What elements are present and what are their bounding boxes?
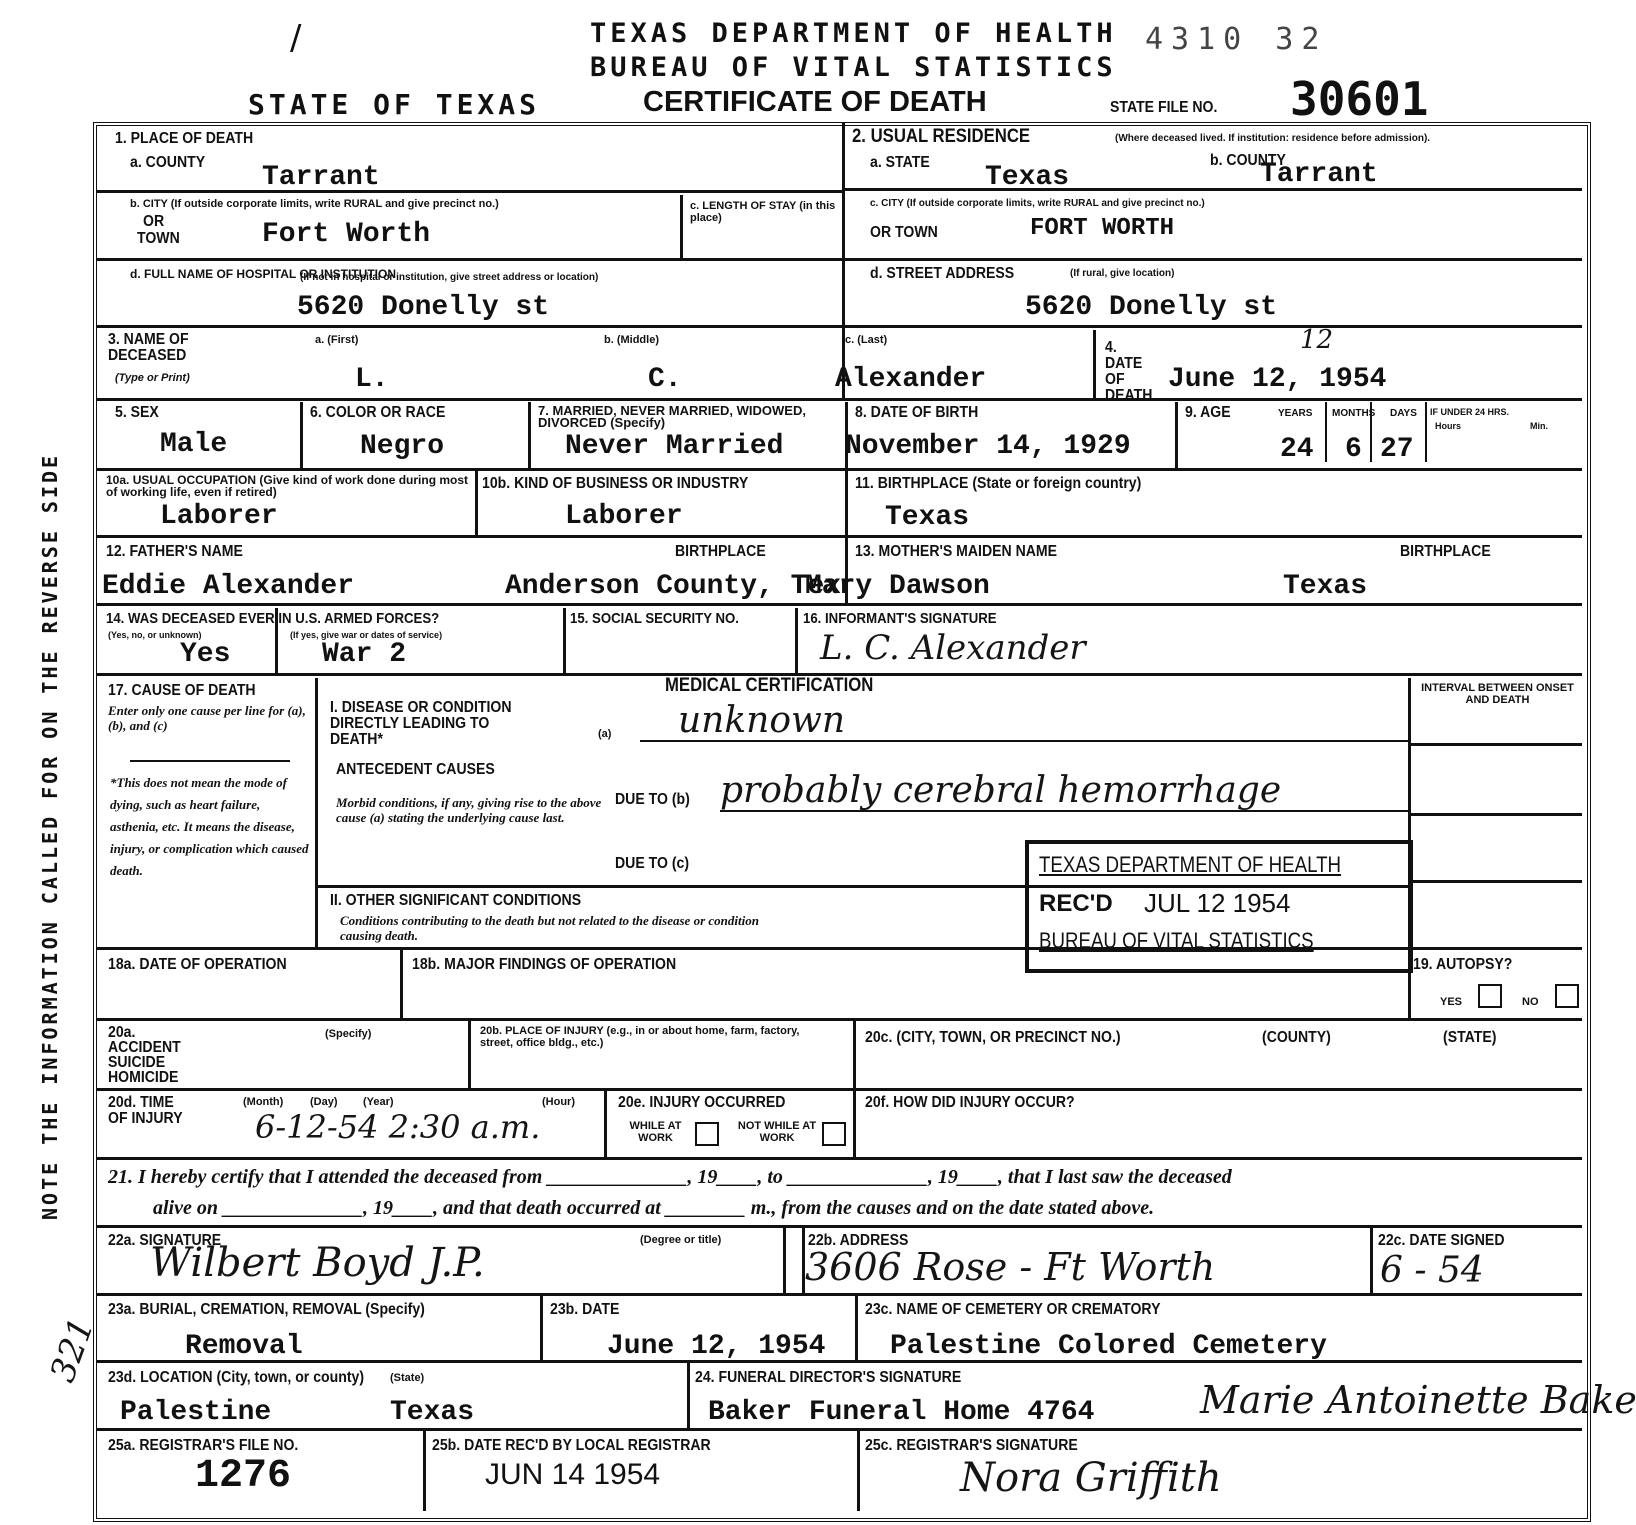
injury-type-note: (Specify): [325, 1028, 371, 1040]
stamp-received-label: REC'D: [1039, 890, 1113, 918]
document-title: CERTIFICATE OF DEATH: [643, 86, 987, 119]
stamp-line-3: BUREAU OF VITAL STATISTICS: [1039, 928, 1314, 954]
county-value: Tarrant: [262, 163, 380, 193]
not-while-at-work-label: NOT WHILE AT WORK: [732, 1120, 822, 1144]
years-value: 24: [1280, 435, 1314, 465]
date-of-death-label: 4. DATE OF DEATH: [1105, 340, 1158, 404]
birthplace-value: Texas: [885, 503, 969, 533]
business-label: 10b. KIND OF BUSINESS OR INDUSTRY: [482, 476, 748, 492]
mother-birthplace-label: BIRTHPLACE: [1400, 544, 1491, 560]
operation-date-label: 18a. DATE OF OPERATION: [108, 957, 287, 973]
years-label: YEARS: [1278, 408, 1312, 420]
while-at-work-label: WHILE AT WORK: [618, 1120, 693, 1144]
mother-name-label: 13. MOTHER'S MAIDEN NAME: [855, 544, 1057, 560]
top-mark: /: [290, 18, 301, 58]
disposition-value: Removal: [185, 1332, 303, 1362]
res-state-value: Texas: [985, 163, 1069, 193]
injury-city-label: 20c. (CITY, TOWN, OR PRECINCT NO.): [865, 1030, 1121, 1046]
hospital-value: 5620 Donelly st: [297, 293, 549, 323]
due-to-c-label: DUE TO (c): [615, 856, 689, 872]
min-label: Min.: [1530, 420, 1548, 432]
father-name-value: Eddie Alexander: [102, 572, 354, 602]
residence-label: 2. USUAL RESIDENCE: [852, 129, 1030, 145]
year-label: (Year): [363, 1096, 394, 1108]
date-signed-value: 6 - 54: [1380, 1250, 1484, 1291]
state-file-label: STATE FILE NO.: [1110, 100, 1217, 116]
injury-time-value: 6-12-54 2:30 a.m.: [255, 1108, 540, 1146]
disposition-label: 23a. BURIAL, CREMATION, REMOVAL (Specify…: [108, 1302, 425, 1318]
date-signed-label: 22c. DATE SIGNED: [1378, 1233, 1505, 1249]
not-while-at-work-checkbox[interactable]: [822, 1122, 846, 1146]
res-city-town-label: OR TOWN: [870, 225, 938, 241]
war-service-value: War 2: [322, 640, 406, 670]
middle-name-label: b. (Middle): [604, 334, 659, 346]
age-label: 9. AGE: [1185, 405, 1231, 421]
dob-value: November 14, 1929: [845, 432, 1131, 462]
injury-place-label: 20b. PLACE OF INJURY (e.g., in or about …: [480, 1025, 810, 1049]
marital-label: 7. MARRIED, NEVER MARRIED, WIDOWED, DIVO…: [538, 405, 838, 429]
day-label: (Day): [310, 1096, 338, 1108]
funeral-home-value: Baker Funeral Home 4764: [708, 1398, 1094, 1428]
father-name-label: 12. FATHER'S NAME: [106, 544, 243, 560]
antecedent-label: ANTECEDENT CAUSES: [336, 762, 495, 778]
dob-label: 8. DATE OF BIRTH: [855, 405, 978, 421]
state-file-number: 30601: [1290, 72, 1428, 126]
hours-label: Hours: [1435, 420, 1461, 432]
registrar-file-label: 25a. REGISTRAR'S FILE NO.: [108, 1438, 298, 1454]
birthplace-label: 11. BIRTHPLACE (State or foreign country…: [855, 476, 1141, 492]
antecedent-note: Morbid conditions, if any, giving rise t…: [336, 795, 606, 825]
stamp-line-1: TEXAS DEPARTMENT OF HEALTH: [1039, 852, 1341, 878]
middle-name-value: C.: [648, 365, 682, 395]
ssn-label: 15. SOCIAL SECURITY NO.: [570, 611, 739, 627]
occupation-label: 10a. USUAL OCCUPATION (Give kind of work…: [106, 474, 471, 498]
race-label: 6. COLOR OR RACE: [310, 405, 445, 421]
first-name-value: L.: [355, 365, 389, 395]
cause-a-value: unknown: [678, 700, 845, 741]
residence-note: (Where deceased lived. If institution: r…: [1115, 133, 1430, 145]
funeral-director-label: 24. FUNERAL DIRECTOR'S SIGNATURE: [695, 1370, 961, 1386]
street-label: d. STREET ADDRESS: [870, 266, 1014, 282]
state-title: STATE OF TEXAS: [248, 88, 540, 121]
cemetery-label: 23c. NAME OF CEMETERY OR CREMATORY: [865, 1302, 1160, 1318]
cause-of-death-label: 17. CAUSE OF DEATH: [108, 683, 256, 699]
part2-note: Conditions contributing to the death but…: [340, 913, 760, 943]
county-label: a. COUNTY: [130, 155, 205, 171]
location-state-value: Texas: [390, 1398, 474, 1428]
disposition-date-value: June 12, 1954: [607, 1332, 825, 1362]
registrar-file-value: 1276: [195, 1462, 291, 1492]
cause-b-value: probably cerebral hemorrhage: [720, 770, 1281, 811]
informant-label: 16. INFORMANT'S SIGNATURE: [803, 611, 997, 627]
first-name-label: a. (First): [315, 334, 358, 346]
medical-certification-title: MEDICAL CERTIFICATION: [665, 678, 873, 694]
mother-birthplace-value: Texas: [1283, 572, 1367, 602]
armed-forces-value: Yes: [180, 640, 230, 670]
certify-line-1: 21. I hereby certify that I attended the…: [108, 1166, 1232, 1189]
cemetery-value: Palestine Colored Cemetery: [890, 1332, 1327, 1362]
location-state-label: (State): [390, 1372, 424, 1384]
days-value: 27: [1380, 435, 1414, 465]
agency-line-1: TEXAS DEPARTMENT OF HEALTH: [590, 18, 1117, 49]
business-value: Laborer: [565, 502, 683, 532]
location-value: Palestine: [120, 1398, 271, 1428]
interval-label: INTERVAL BETWEEN ONSET AND DEATH: [1420, 682, 1575, 706]
city-value: Fort Worth: [262, 220, 430, 250]
res-city-label: c. CITY (If outside corporate limits, wr…: [870, 198, 1205, 210]
autopsy-yes-label: YES: [1440, 996, 1462, 1008]
date-of-death-value: June 12, 1954: [1168, 365, 1386, 395]
marital-value: Never Married: [565, 432, 783, 462]
address-value: 3606 Rose - Ft Worth: [805, 1245, 1215, 1289]
father-birthplace-label: BIRTHPLACE: [675, 544, 766, 560]
race-value: Negro: [360, 432, 444, 462]
last-name-label: c. (Last): [845, 334, 887, 346]
hospital-note: (If not in hospital or institution, give…: [300, 272, 598, 284]
res-county-value: Tarrant: [1260, 160, 1378, 190]
month-label: (Month): [243, 1096, 283, 1108]
certify-line-2: alive on ______________, 19____, and tha…: [153, 1197, 1154, 1220]
part1-label: I. DISEASE OR CONDITION DIRECTLY LEADING…: [330, 700, 541, 748]
injury-county-label: (COUNTY): [1262, 1030, 1331, 1046]
location-label: 23d. LOCATION (City, town, or county): [108, 1370, 364, 1386]
received-stamp: TEXAS DEPARTMENT OF HEALTH REC'D JUL 12 …: [1025, 840, 1413, 973]
mother-name-value: Mary Dawson: [805, 572, 990, 602]
hour-label: (Hour): [542, 1096, 575, 1108]
registrar-signature-label: 25c. REGISTRAR'S SIGNATURE: [865, 1438, 1078, 1454]
sex-label: 5. SEX: [115, 405, 159, 421]
autopsy-no-checkbox[interactable]: [1555, 984, 1579, 1008]
degree-label: (Degree or title): [640, 1234, 721, 1246]
months-value: 6: [1345, 435, 1362, 465]
father-birthplace-value: Anderson County, Tex: [505, 572, 841, 602]
under-24-label: IF UNDER 24 HRS.: [1430, 406, 1509, 418]
street-value: 5620 Donelly st: [1025, 293, 1277, 323]
operation-findings-label: 18b. MAJOR FINDINGS OF OPERATION: [412, 957, 676, 973]
funeral-director-signature: Marie Antoinette Baker: [1200, 1378, 1636, 1422]
length-of-stay-label: c. LENGTH OF STAY (in this place): [690, 200, 838, 224]
while-at-work-checkbox[interactable]: [695, 1122, 719, 1146]
registrar-signature: Nora Griffith: [960, 1455, 1222, 1501]
injury-type-label: 20a. ACCIDENT SUICIDE HOMICIDE: [108, 1025, 205, 1085]
occupation-value: Laborer: [160, 502, 278, 532]
months-label: MONTHS: [1332, 408, 1375, 420]
sex-value: Male: [160, 430, 227, 460]
local-registrar-date-value: JUN 14 1954: [485, 1458, 660, 1492]
disposition-date-label: 23b. DATE: [550, 1302, 619, 1318]
injury-occurred-label: 20e. INJURY OCCURRED: [618, 1095, 785, 1111]
how-injury-label: 20f. HOW DID INJURY OCCUR?: [865, 1095, 1075, 1111]
autopsy-label: 19. AUTOPSY?: [1413, 957, 1512, 973]
side-note: NOTE THE INFORMATION CALLED FOR ON THE R…: [38, 453, 62, 1220]
armed-forces-label: 14. WAS DECEASED EVER IN U.S. ARMED FORC…: [106, 611, 439, 627]
date-of-death-correction: 12: [1300, 325, 1333, 355]
agency-line-2: BUREAU OF VITAL STATISTICS: [590, 52, 1117, 83]
place-of-death-label: 1. PLACE OF DEATH: [115, 131, 253, 147]
due-to-b-label: DUE TO (b): [615, 792, 690, 808]
part2-label: II. OTHER SIGNIFICANT CONDITIONS: [330, 893, 581, 909]
city-town-label: TOWN: [137, 231, 180, 247]
last-name-value: Alexander: [835, 365, 986, 395]
injury-time-label: 20d. TIME OF INJURY: [108, 1095, 187, 1127]
days-label: DAYS: [1390, 408, 1417, 420]
city-or-label: OR: [143, 214, 164, 230]
cause-footnote: *This does not mean the mode of dying, s…: [110, 772, 310, 882]
informant-signature: L. C. Alexander: [820, 628, 1086, 668]
cause-a-marker: (a): [598, 728, 611, 740]
autopsy-no-label: NO: [1522, 996, 1539, 1008]
city-label: b. CITY (If outside corporate limits, wr…: [130, 198, 499, 210]
stamp-received-date: JUL 12 1954: [1144, 888, 1290, 919]
injury-state-label: (STATE): [1443, 1030, 1496, 1046]
street-note: (If rural, give location): [1070, 268, 1174, 280]
deceased-name-note: (Type or Print): [115, 372, 190, 384]
res-state-label: a. STATE: [870, 155, 930, 171]
physician-signature: Wilbert Boyd J.P.: [150, 1240, 485, 1286]
local-registrar-date-label: 25b. DATE REC'D BY LOCAL REGISTRAR: [432, 1438, 711, 1454]
cause-instructions: Enter only one cause per line for (a), (…: [108, 703, 308, 733]
deceased-name-label: 3. NAME OF DECEASED: [108, 332, 249, 364]
res-city-value: FORT WORTH: [1030, 214, 1174, 244]
stamped-number: 4310 32: [1145, 22, 1327, 57]
autopsy-yes-checkbox[interactable]: [1478, 984, 1502, 1008]
